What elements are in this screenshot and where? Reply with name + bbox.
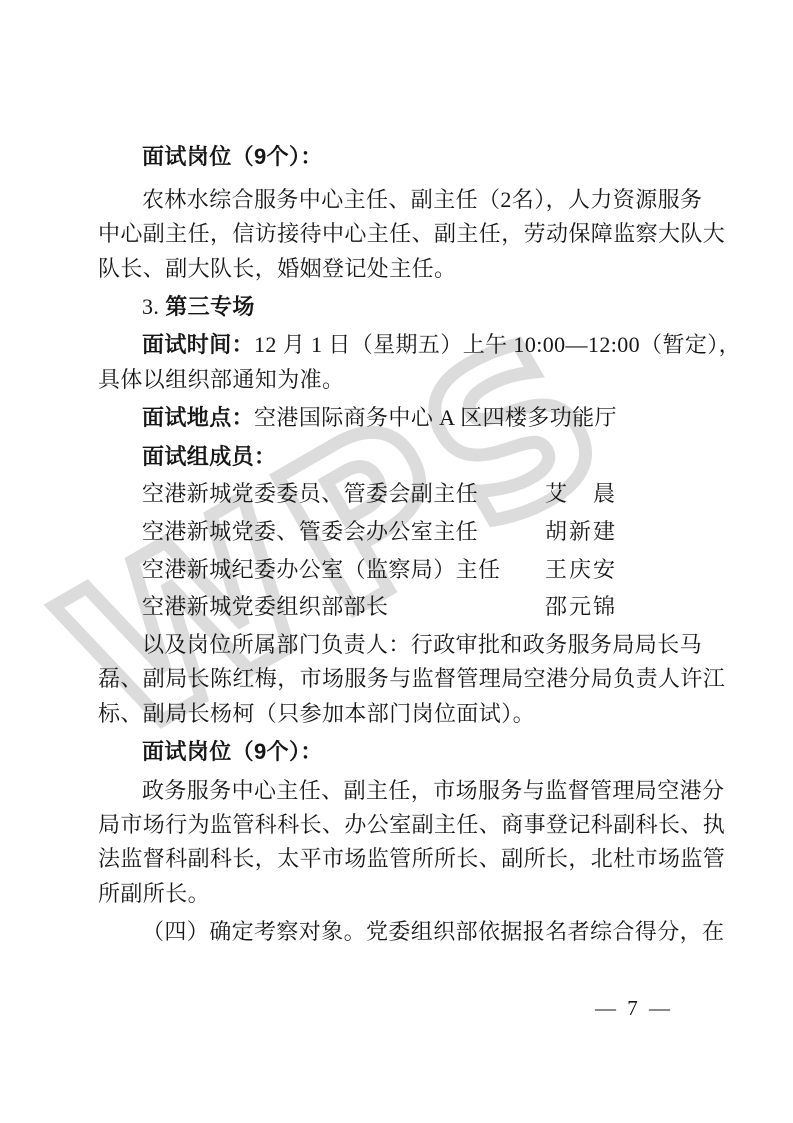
heading-session-3: 3. 第三专场: [98, 290, 748, 324]
text-line: 法监督科副科长，太平市场监管所所长、副所长，北杜市场监管: [98, 842, 704, 876]
panel-member-row: 空港新城党委、管委会办公室主任胡新建: [98, 515, 748, 549]
text-line: 政务服务中心主任、副主任，市场服务与监督管理局空港分: [98, 774, 748, 808]
panel-member-row: 空港新城党委组织部部长邵元锦: [98, 590, 748, 624]
panel-member-row: 空港新城党委委员、管委会副主任艾 晨: [98, 477, 748, 511]
document-page: WPS 面试岗位（9个）： 农林水综合服务中心主任、副主任（2名），人力资源服务…: [0, 0, 793, 1123]
member-name: 艾 晨: [545, 477, 617, 511]
text-line: 具体以组织部通知为准。: [98, 363, 704, 397]
heading-interview-posts-1: 面试岗位（9个）：: [98, 140, 748, 174]
text-line: 局市场行为监管科科长、办公室副主任、商事登记科副科长、执: [98, 808, 704, 842]
heading-interview-posts-2: 面试岗位（9个）：: [98, 735, 748, 769]
text-line: 标、副局长杨柯（只参加本部门岗位面试）。: [98, 697, 704, 731]
text-line: 中心副主任，信访接待中心主任、副主任，劳动保障监察大队大: [98, 217, 704, 251]
member-name: 胡新建: [545, 515, 617, 549]
member-name: 王庆安: [545, 553, 617, 587]
member-name: 邵元锦: [545, 590, 617, 624]
interview-place-line: 面试地点：空港国际商务中心 A 区四楼多功能厅: [98, 401, 748, 435]
panel-member-row: 空港新城纪委办公室（监察局）主任王庆安: [98, 553, 748, 587]
text-line: 磊、副局长陈红梅，市场服务与监督管理局空港分局负责人许江: [98, 662, 704, 696]
page-number: — 7 —: [594, 996, 674, 1021]
interview-time-line: 面试时间：12 月 1 日（星期五）上午 10:00—12:00（暂定），: [98, 328, 748, 362]
text-line: 农林水综合服务中心主任、副主任（2名），人力资源服务: [98, 183, 748, 217]
text-line: 所副所长。: [98, 877, 704, 911]
text-line: 队长、副大队长，婚姻登记处主任。: [98, 252, 704, 286]
heading-panel-members: 面试组成员：: [98, 440, 748, 474]
text-line: 以及岗位所属部门负责人：行政审批和政务服务局局长马: [98, 628, 748, 662]
text-line: （四）确定考察对象。党委组织部依据报名者综合得分，在: [98, 915, 748, 949]
